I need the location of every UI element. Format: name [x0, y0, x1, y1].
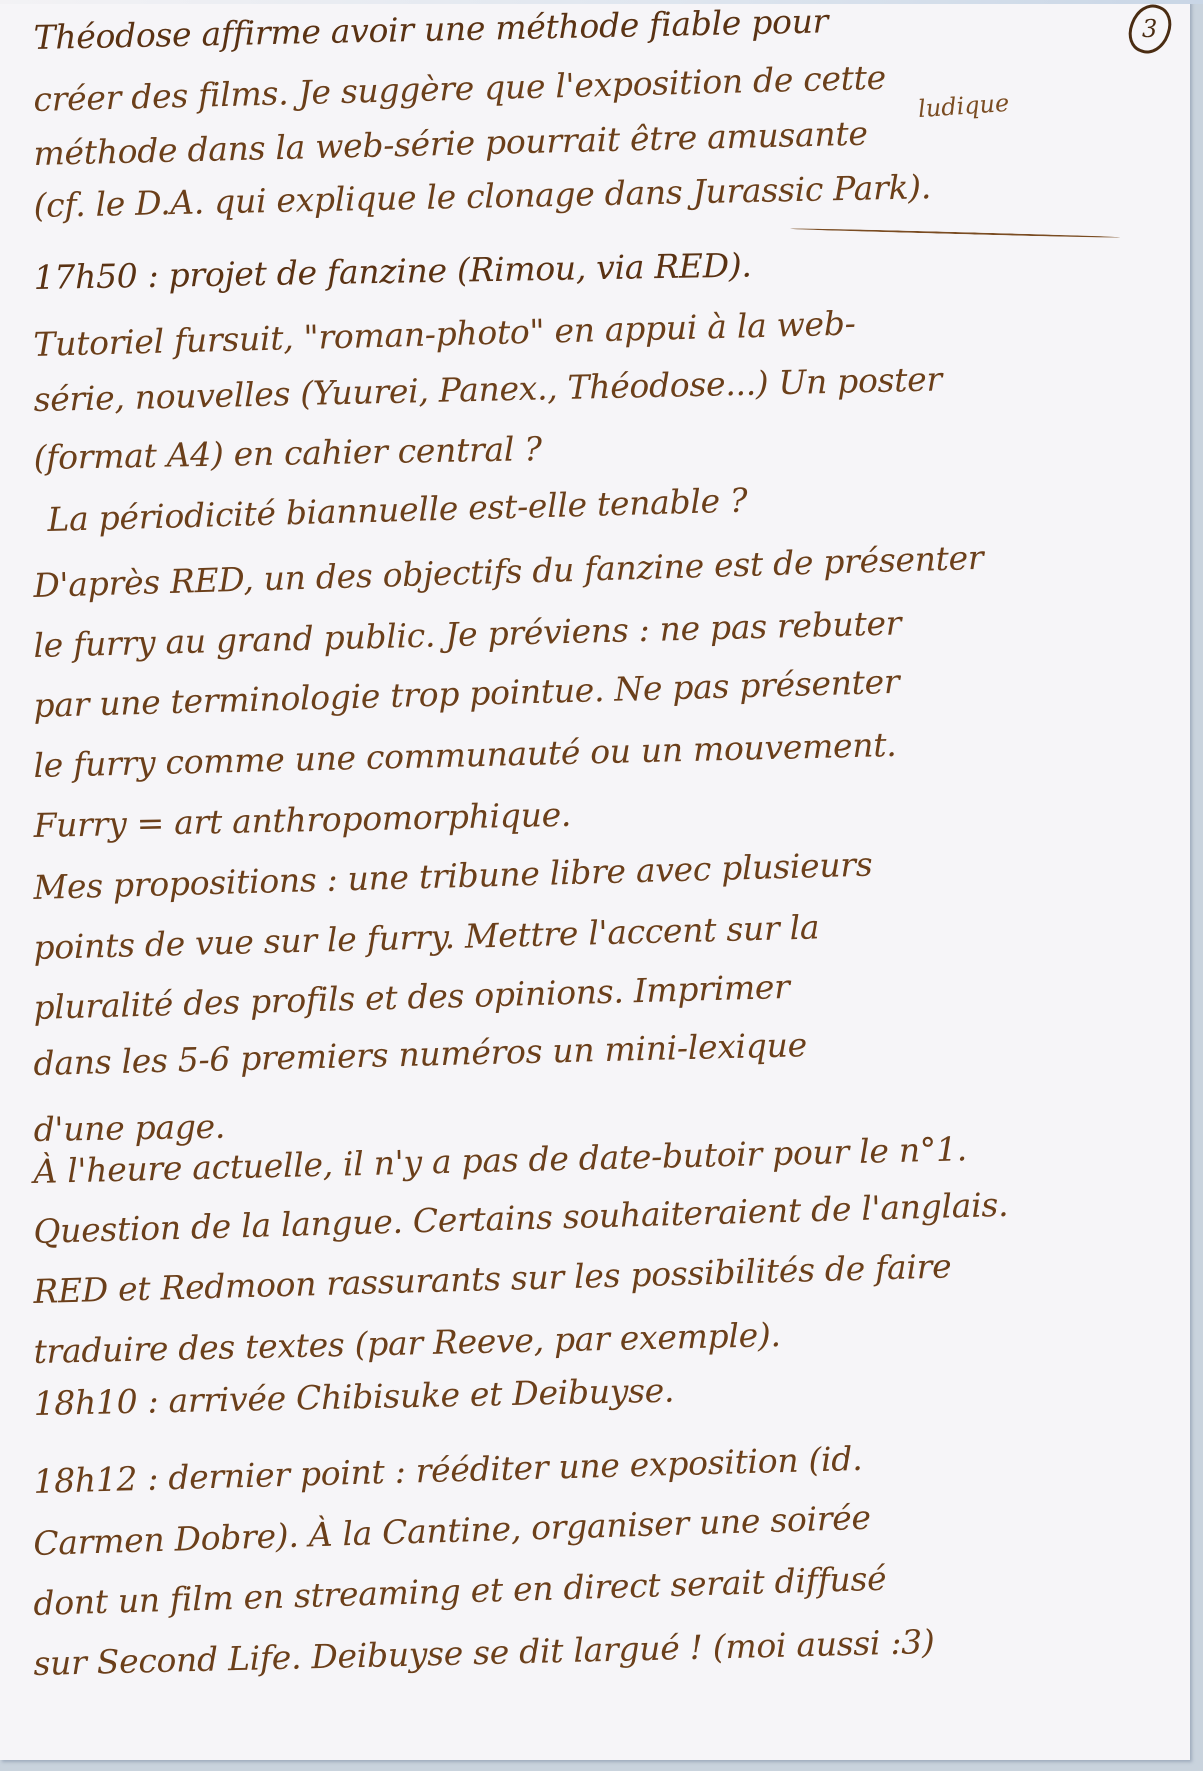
handwritten-line: le furry au grand public. Je préviens : … [33, 603, 902, 665]
handwritten-line: D'après RED, un des objectifs du fanzine… [33, 538, 984, 605]
handwritten-line: d'une page. [33, 1107, 225, 1149]
handwritten-line: 18h12 : dernier point : rééditer une exp… [33, 1439, 863, 1501]
handwritten-line: La périodicité biannuelle est-elle tenab… [47, 480, 748, 539]
handwritten-line: pluralité des profils et des opinions. I… [33, 967, 790, 1027]
handwritten-line: dans les 5-6 premiers numéros un mini-le… [33, 1025, 807, 1083]
handwritten-line: 17h50 : projet de fanzine (Rimou, via RE… [33, 245, 752, 297]
handwritten-line: sur Second Life. Deibuyse se dit largué … [33, 1622, 935, 1683]
handwritten-line: Question de la langue. Certains souhaite… [33, 1185, 1009, 1251]
handwritten-line: méthode dans la web-série pourrait être … [33, 114, 868, 173]
handwritten-line: (format A4) en cahier central ? [33, 429, 542, 477]
handwritten-line: (cf. le D.A. qui explique le clonage dan… [33, 167, 931, 225]
handwritten-line: par une terminologie trop pointue. Ne pa… [33, 662, 900, 725]
handwritten-line: créer des films. Je suggère que l'exposi… [33, 58, 886, 119]
page-number: 3 [1142, 15, 1157, 43]
handwritten-line: Tutoriel fursuit, "roman-photo" en appui… [33, 303, 856, 364]
handwritten-line: points de vue sur le furry. Mettre l'acc… [33, 907, 820, 967]
inserted-word: ludique [917, 89, 1010, 123]
handwritten-line: Mes propositions : une tribune libre ave… [33, 845, 873, 907]
underline-jurassic-park [790, 228, 1120, 239]
handwritten-line: série, nouvelles (Yuurei, Panex., Théodo… [33, 359, 942, 419]
page-number-badge: 3 [1123, 0, 1178, 59]
handwritten-line: dont un film en streaming et en direct s… [33, 1559, 887, 1623]
notebook-page: 3 ludique Théodose affirme avoir une mét… [0, 0, 1190, 1760]
handwritten-line: le furry comme une communauté ou un mouv… [33, 725, 897, 785]
handwritten-line: 18h10 : arrivée Chibisuke et Deibuyse. [33, 1371, 674, 1423]
handwritten-line: traduire des textes (par Reeve, par exem… [33, 1315, 781, 1371]
handwritten-line: Carmen Dobre). À la Cantine, organiser u… [33, 1498, 871, 1563]
handwritten-line: RED et Redmoon rassurants sur les possib… [33, 1246, 952, 1311]
handwritten-line: Furry = art anthropomorphique. [33, 795, 571, 845]
handwritten-line: Théodose affirme avoir une méthode fiabl… [33, 1, 828, 57]
scanner-edge [0, 0, 1203, 4]
